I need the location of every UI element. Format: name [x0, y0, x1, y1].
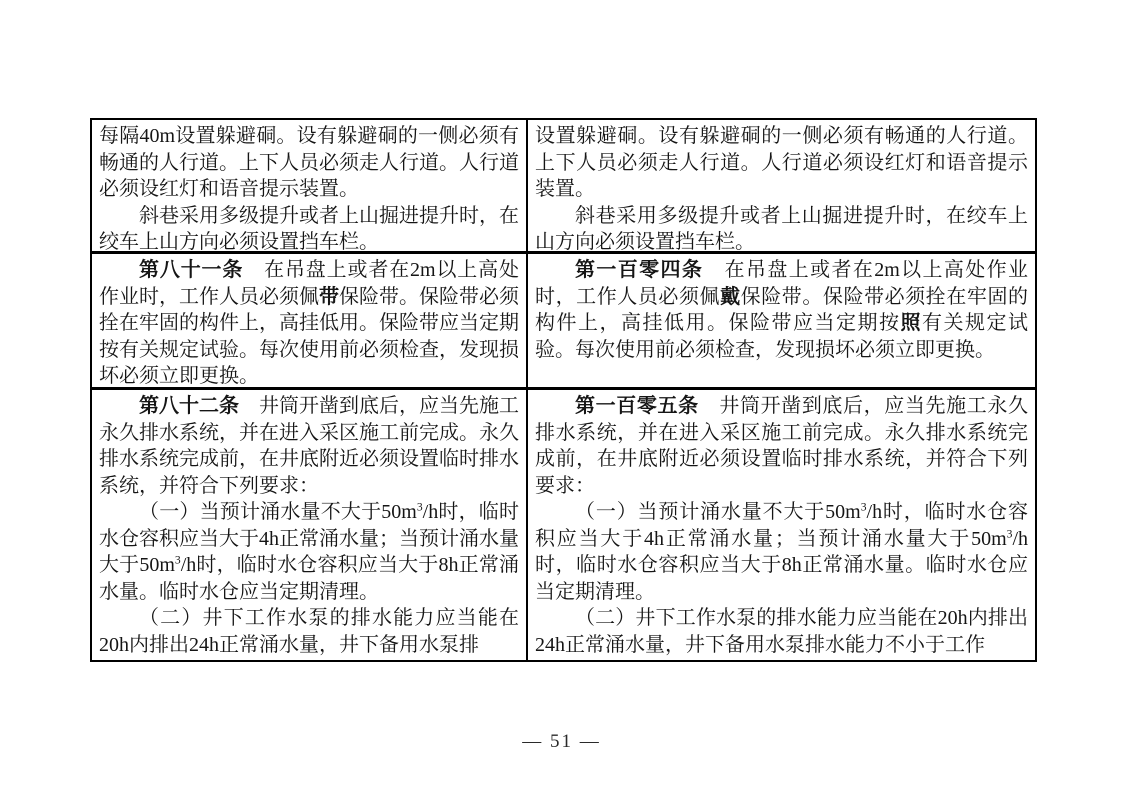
paragraph: 第一百零五条 井筒开凿到底后，应当先施工永久排水系统，并在进入采区施工前完成。永…: [535, 393, 1028, 499]
text-segment: （一）当预计涌水量不大于50m: [575, 501, 861, 523]
page-number: — 51 —: [0, 731, 1123, 753]
table-cell-right: 设置躲避硐。设有躲避硐的一侧必须有畅通的人行道。上下人员必须走人行道。人行道必须…: [528, 120, 1035, 251]
table-cell-right: 第一百零四条 在吊盘上或者在2m以上高处作业时，工作人员必须佩戴保险带。保险带必…: [528, 254, 1035, 387]
text-segment: （二）井下工作水泵的排水能力应当能在20h内排出24h正常涌水量，井下备用水泵排: [99, 607, 519, 656]
emphasized-text: 戴: [720, 286, 741, 308]
paragraph: 斜巷采用多级提升或者上山掘进提升时，在绞车上山方向必须设置挡车栏。: [535, 203, 1028, 252]
text-segment: （一）当预计涌水量不大于50m: [139, 501, 417, 523]
text-segment: （二）井下工作水泵的排水能力应当能在20h内排出24h正常涌水量，井下备用水泵排…: [535, 607, 1028, 656]
text-segment: 斜巷采用多级提升或者上山掘进提升时，在绞车上山方向必须设置挡车栏。: [99, 205, 519, 252]
table-cell-right: 第一百零五条 井筒开凿到底后，应当先施工永久排水系统，并在进入采区施工前完成。永…: [528, 390, 1035, 660]
table-row: 第八十一条 在吊盘上或者在2m以上高处作业时，工作人员必须佩带保险带。保险带必须…: [92, 254, 1035, 390]
emphasized-text: 第八十二条: [139, 395, 239, 417]
comparison-table: 每隔40m设置躲避硐。设有躲避硐的一侧必须有畅通的人行道。上下人员必须走人行道。…: [90, 118, 1037, 662]
paragraph: （一）当预计涌水量不大于50m3/h时，临时水仓容积应当大于4h正常涌水量；当预…: [535, 499, 1028, 605]
emphasized-text: 带: [319, 286, 339, 308]
table-row: 第八十二条 井筒开凿到底后，应当先施工永久排水系统，并在进入采区施工前完成。永久…: [92, 390, 1035, 660]
table-cell-left: 第八十一条 在吊盘上或者在2m以上高处作业时，工作人员必须佩带保险带。保险带必须…: [92, 254, 528, 387]
emphasized-text: 第一百零四条: [575, 259, 703, 281]
paragraph: （二）井下工作水泵的排水能力应当能在20h内排出24h正常涌水量，井下备用水泵排…: [535, 605, 1028, 658]
text-segment: 斜巷采用多级提升或者上山掘进提升时，在绞车上山方向必须设置挡车栏。: [535, 205, 1028, 252]
emphasized-text: 第一百零五条: [575, 395, 699, 417]
paragraph: 第八十一条 在吊盘上或者在2m以上高处作业时，工作人员必须佩带保险带。保险带必须…: [99, 257, 519, 387]
paragraph: 第一百零四条 在吊盘上或者在2m以上高处作业时，工作人员必须佩戴保险带。保险带必…: [535, 257, 1028, 363]
paragraph: 斜巷采用多级提升或者上山掘进提升时，在绞车上山方向必须设置挡车栏。: [99, 203, 519, 252]
paragraph: （二）井下工作水泵的排水能力应当能在20h内排出24h正常涌水量，井下备用水泵排: [99, 605, 519, 658]
table-cell-left: 第八十二条 井筒开凿到底后，应当先施工永久排水系统，并在进入采区施工前完成。永久…: [92, 390, 528, 660]
text-segment: 每隔40m设置躲避硐。设有躲避硐的一侧必须有畅通的人行道。上下人员必须走人行道。…: [99, 125, 519, 200]
emphasized-text: 第八十一条: [139, 259, 243, 281]
paragraph: 第八十二条 井筒开凿到底后，应当先施工永久排水系统，并在进入采区施工前完成。永久…: [99, 393, 519, 499]
paragraph: 设置躲避硐。设有躲避硐的一侧必须有畅通的人行道。上下人员必须走人行道。人行道必须…: [535, 123, 1028, 203]
table-row: 每隔40m设置躲避硐。设有躲避硐的一侧必须有畅通的人行道。上下人员必须走人行道。…: [92, 120, 1035, 254]
document-page: 每隔40m设置躲避硐。设有躲避硐的一侧必须有畅通的人行道。上下人员必须走人行道。…: [0, 0, 1123, 794]
paragraph: （一）当预计涌水量不大于50m3/h时，临时水仓容积应当大于4h正常涌水量；当预…: [99, 499, 519, 605]
paragraph: 每隔40m设置躲避硐。设有躲避硐的一侧必须有畅通的人行道。上下人员必须走人行道。…: [99, 123, 519, 203]
table-cell-left: 每隔40m设置躲避硐。设有躲避硐的一侧必须有畅通的人行道。上下人员必须走人行道。…: [92, 120, 528, 251]
emphasized-text: 照: [901, 312, 923, 334]
text-segment: 设置躲避硐。设有躲避硐的一侧必须有畅通的人行道。上下人员必须走人行道。人行道必须…: [535, 125, 1028, 200]
